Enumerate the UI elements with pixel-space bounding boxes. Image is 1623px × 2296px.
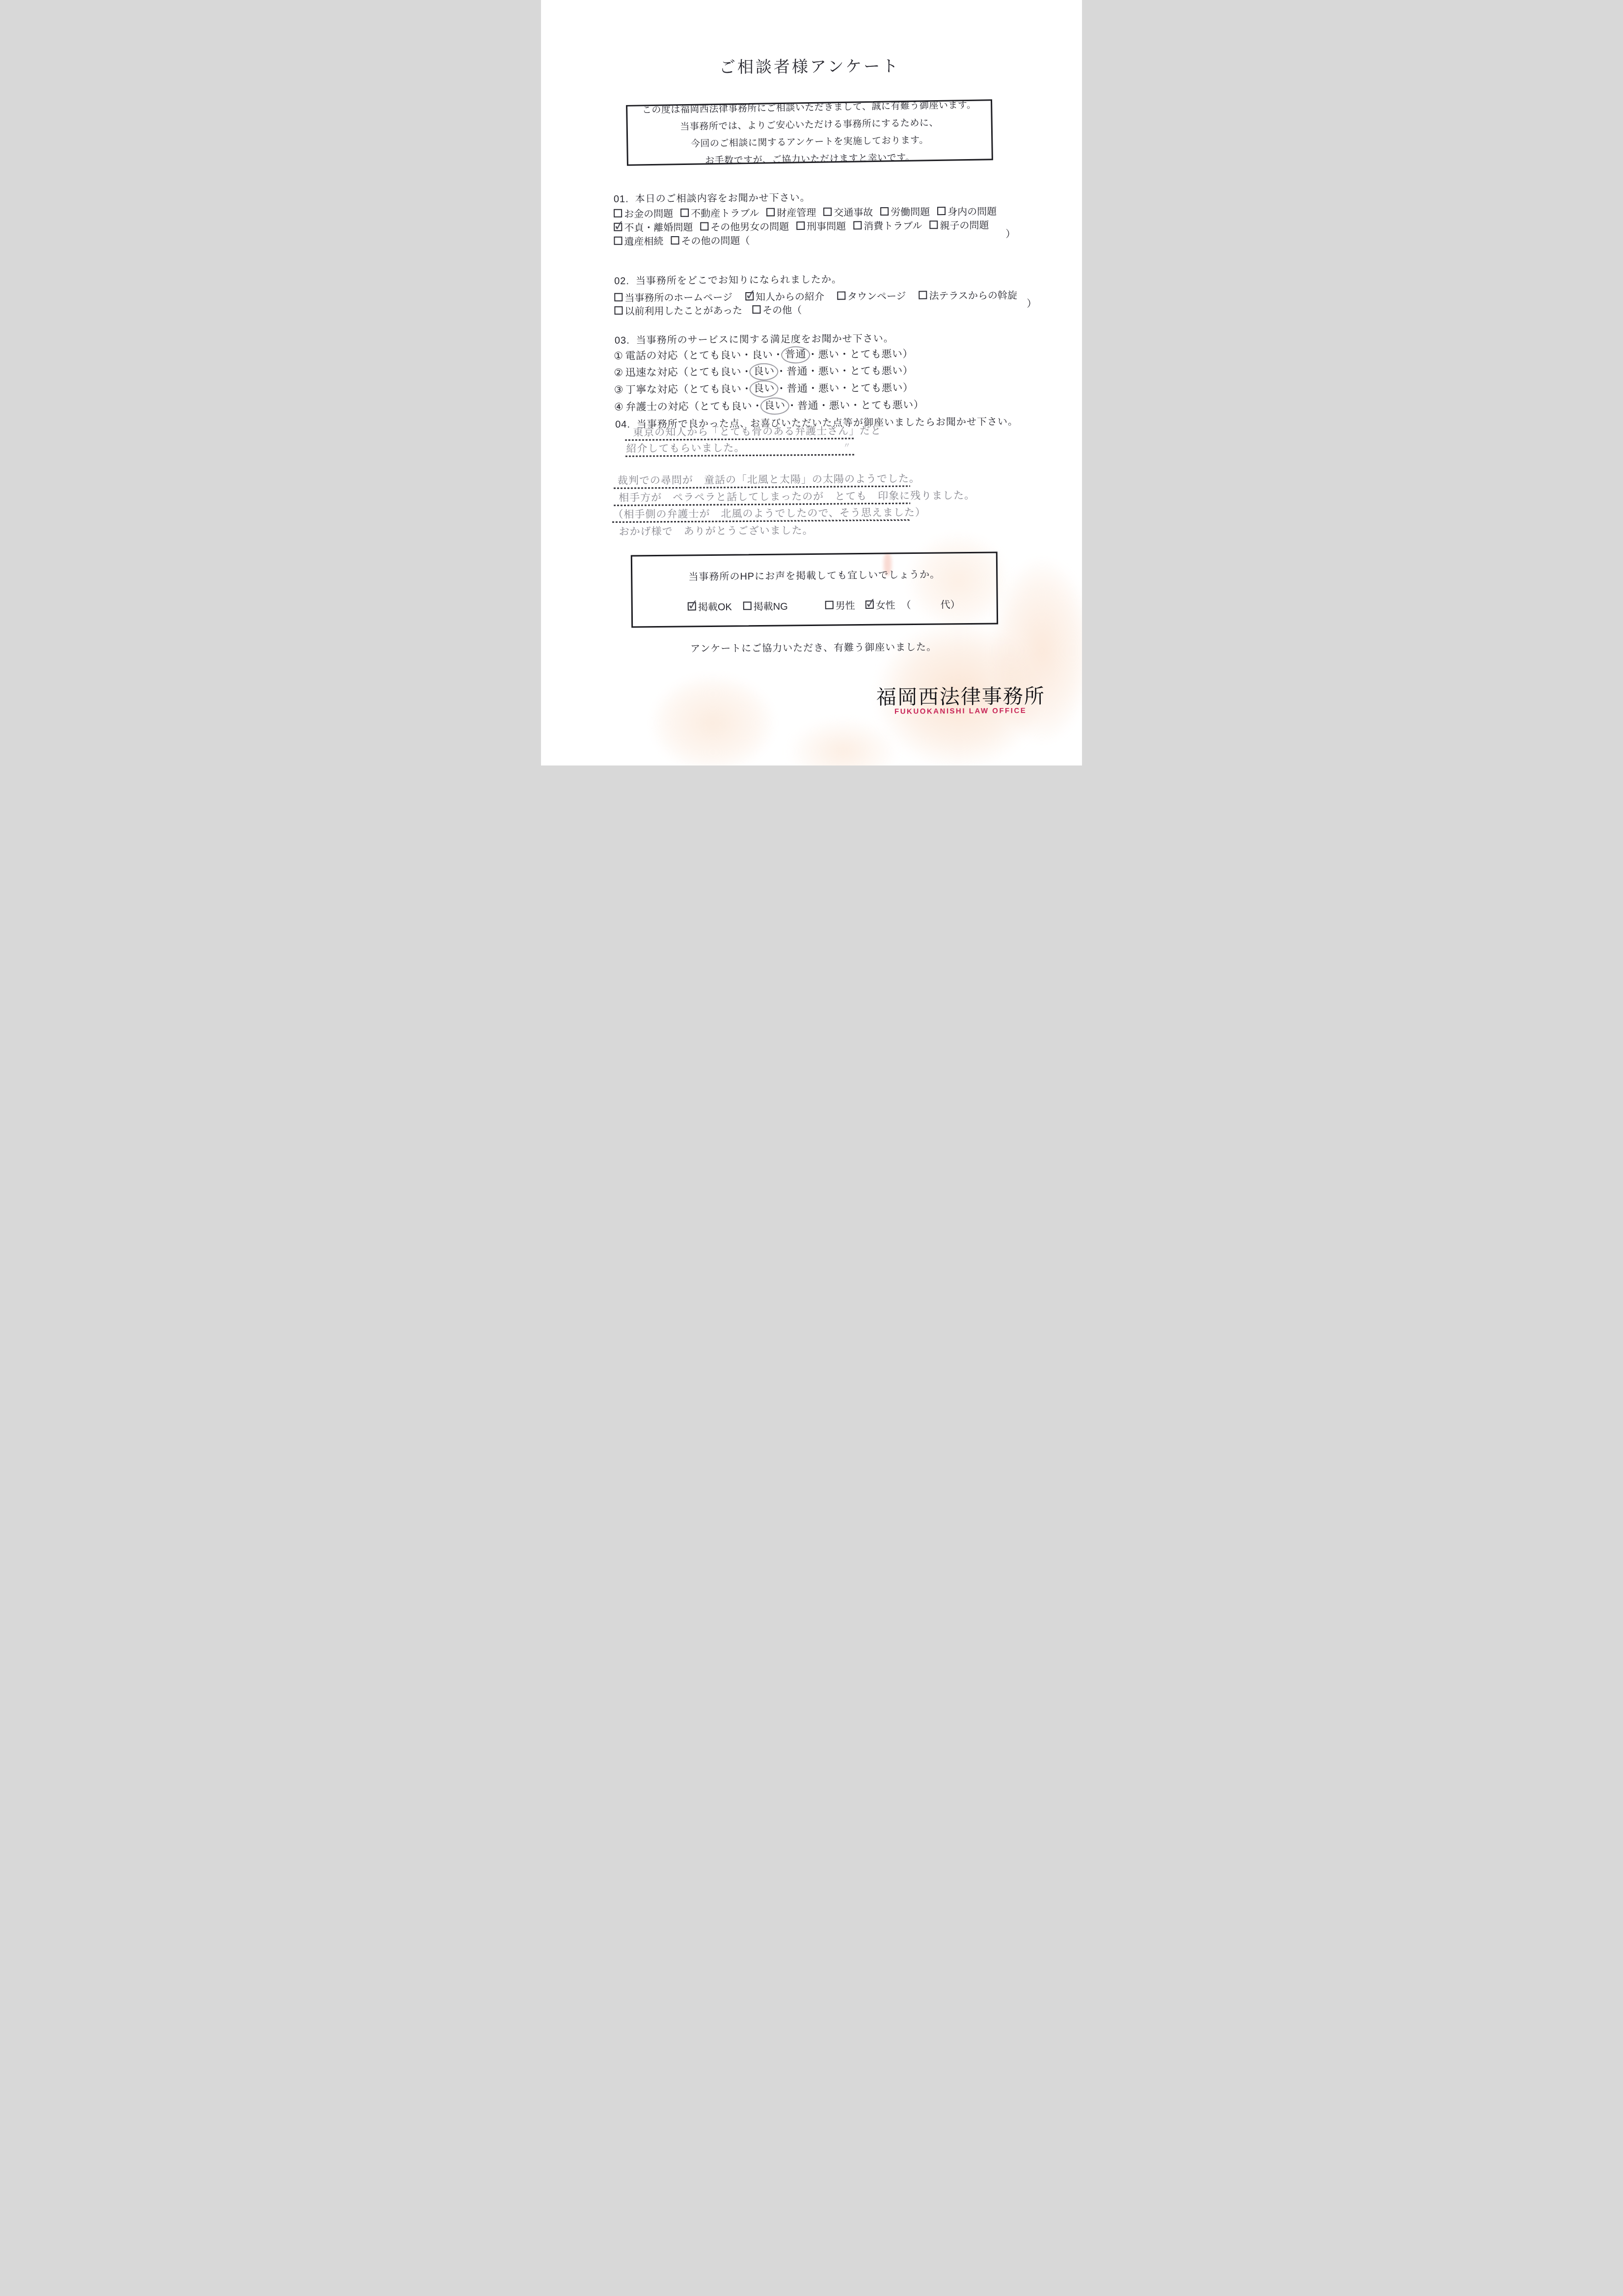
scanned-survey-page: ご相談者様アンケート この度は福岡西法律事務所にご相談いただきまして、誠に有難う… — [541, 0, 1082, 765]
checkbox-icon[interactable] — [614, 209, 622, 217]
checkbox-option[interactable]: 法テラスからの斡旋 — [919, 287, 1017, 302]
rating-row-politeness: ③丁寧な対応（とても良い・良い・普通・悪い・とても悪い） — [614, 380, 914, 396]
question-2-heading: 02.当事務所をどこでお知りになられましたか。 — [614, 272, 842, 287]
rating-row-speed: ②迅速な対応（とても良い・良い・普通・悪い・とても悪い） — [614, 363, 913, 379]
checkbox-label: 遺産相続 — [624, 233, 663, 248]
rating-number: ① — [614, 351, 623, 362]
checkbox-option[interactable]: 交通事故 — [823, 204, 873, 219]
rating-selected-option[interactable]: 良い — [760, 397, 789, 415]
checkbox-label: その他（ — [762, 302, 802, 317]
rating-options-pre: （とても良い・ — [678, 366, 752, 378]
rating-row-lawyer: ④弁護士の対応（とても良い・良い・普通・悪い・とても悪い） — [614, 397, 924, 412]
checkbox-option[interactable]: その他の問題（ — [671, 232, 750, 247]
checkbox-option[interactable]: 女性 — [866, 597, 895, 612]
q2-options-row2: 以前利用したことがあった その他（ ） — [614, 301, 1036, 317]
handwritten-line: 東京の知人から「とても骨のある弁護士さん」だと — [625, 423, 855, 439]
rating-row-phone: ①電話の対応（とても良い・良い・普通・悪い・とても悪い） — [614, 346, 913, 362]
rating-options-pre: （とても良い・ — [678, 383, 752, 395]
question-1-heading: 01.本日のご相談内容をお聞かせ下さい。 — [614, 190, 811, 205]
checkbox-option[interactable]: 掲載NG — [743, 598, 788, 613]
other-answer-paren-close: ） — [1005, 226, 1015, 240]
checkbox-icon[interactable] — [614, 222, 622, 231]
checkbox-option[interactable]: 男性 — [825, 598, 855, 612]
checkbox-label: その他男女の問題 — [710, 219, 789, 233]
intro-box: この度は福岡西法律事務所にご相談いただきまして、誠に有難う御座います。 当事務所… — [626, 99, 993, 166]
question-text: 当事務所をどこでお知りになられましたか。 — [636, 274, 842, 287]
checkbox-icon[interactable] — [880, 207, 889, 215]
stray-pen-mark: 〃 — [843, 440, 850, 450]
rating-selected-option[interactable]: 普通 — [781, 346, 810, 364]
checkbox-option[interactable]: 消費トラブル — [853, 218, 922, 232]
checkbox-icon[interactable] — [866, 601, 874, 609]
checkbox-label: 労働問題 — [891, 204, 930, 219]
checkbox-option[interactable]: 刑事問題 — [796, 218, 846, 233]
checkbox-label: その他の問題（ — [681, 232, 750, 247]
checkbox-label: 掲載OK — [698, 599, 732, 614]
survey-sheet: ご相談者様アンケート この度は福岡西法律事務所にご相談いただきまして、誠に有難う… — [541, 0, 1082, 765]
rating-number: ③ — [614, 384, 623, 396]
checkbox-label: 消費トラブル — [864, 218, 922, 232]
question-3-heading: 03.当事務所のサービスに関する満足度をお聞かせ下さい。 — [615, 330, 894, 347]
handwritten-line: おかげ様で ありがとうございました。 — [619, 522, 813, 539]
page-title: ご相談者様アンケート — [541, 52, 1080, 79]
checkbox-icon[interactable] — [752, 305, 760, 313]
checkbox-option[interactable]: 財産管理 — [766, 204, 816, 219]
rating-options-post: ・普通・悪い・とても悪い） — [776, 365, 914, 378]
rating-options-post: ・普通・悪い・とても悪い） — [787, 399, 924, 411]
checkbox-icon[interactable] — [743, 601, 752, 610]
intro-line: この度は福岡西法律事務所にご相談いただきまして、誠に有難う御座います。 — [627, 97, 991, 116]
checkbox-label: 不貞・離婚問題 — [624, 219, 693, 234]
other-answer-paren-close: ） — [1027, 295, 1036, 309]
checkbox-icon[interactable] — [837, 291, 845, 300]
intro-line: 当事務所では、よりご安心いただける事務所にするために、 — [628, 114, 991, 134]
checkbox-option[interactable]: 不貞・離婚問題 — [614, 219, 693, 234]
checkbox-icon[interactable] — [680, 208, 689, 217]
question-text: 当事務所のサービスに関する満足度をお聞かせ下さい。 — [636, 333, 894, 346]
checkbox-option[interactable]: 身内の問題 — [937, 203, 997, 218]
checkbox-icon[interactable] — [929, 220, 938, 229]
checkbox-icon[interactable] — [614, 236, 622, 245]
checkbox-option[interactable]: タウンページ — [837, 288, 906, 302]
checkbox-option[interactable]: その他（ — [752, 302, 802, 317]
checkbox-label: タウンページ — [847, 288, 906, 302]
intro-line: お手数ですが、ご協力いただけますと幸いです。 — [628, 149, 992, 168]
q1-options-row2: 不貞・離婚問題 その他男女の問題 刑事問題 消費トラブル 親子の問題 — [614, 218, 1016, 233]
checkbox-label: 身内の問題 — [947, 203, 997, 218]
checkbox-label: 不動産トラブル — [691, 205, 759, 219]
checkbox-icon[interactable] — [937, 207, 946, 215]
checkbox-label: 刑事問題 — [807, 218, 846, 233]
age-blank-field: （ 代） — [901, 597, 960, 611]
hp-consent-options: 掲載OK 掲載NG 男性 女性 （ 代） — [688, 597, 960, 613]
checkbox-option[interactable]: 以前利用したことがあった — [614, 302, 742, 317]
checkbox-icon[interactable] — [919, 291, 927, 299]
rating-number: ④ — [614, 402, 623, 413]
checkbox-label: 男性 — [836, 598, 855, 612]
office-name-en: FUKUOKANISHI LAW OFFICE — [894, 707, 1027, 716]
checkbox-icon[interactable] — [823, 207, 832, 216]
checkbox-label: お金の問題 — [624, 205, 673, 220]
question-text: 本日のご相談内容をお聞かせ下さい。 — [635, 192, 811, 204]
handwritten-line: 紹介してもらいました。 — [625, 439, 855, 455]
checkbox-option[interactable]: 遺産相続 — [614, 233, 663, 248]
checkbox-icon[interactable] — [614, 306, 622, 314]
checkbox-label: 掲載NG — [754, 598, 788, 613]
rating-options-post: ・普通・悪い・とても悪い） — [776, 383, 914, 395]
rating-label: 電話の対応 — [625, 350, 678, 362]
checkbox-label: 知人からの紹介 — [756, 288, 824, 303]
question-number: 02. — [614, 276, 629, 287]
rating-selected-option[interactable]: 良い — [750, 380, 779, 398]
checkbox-option[interactable]: 親子の問題 — [929, 217, 989, 232]
rating-label: 弁護士の対応 — [625, 401, 689, 413]
q1-options-row3: 遺産相続 その他の問題（ ） — [614, 231, 1015, 247]
checkbox-label: 女性 — [876, 597, 895, 611]
checkbox-option[interactable]: 当事務所のホームページ — [614, 289, 732, 304]
checkbox-icon[interactable] — [796, 221, 805, 230]
rating-label: 丁寧な対応 — [625, 384, 678, 396]
checkbox-icon[interactable] — [614, 293, 622, 301]
checkbox-icon[interactable] — [700, 222, 708, 230]
handwritten-line: 相手方が ペラペラと話してしまったのが とても 印象に残りました。 — [614, 488, 910, 505]
checkbox-label: 親子の問題 — [940, 217, 989, 232]
thanks-text: アンケートにご協力いただき、有難う御座いました。 — [543, 638, 1082, 656]
checkbox-option[interactable]: 労働問題 — [880, 204, 930, 219]
checkbox-label: 当事務所のホームページ — [624, 289, 732, 304]
checkbox-icon[interactable] — [766, 208, 775, 216]
checkbox-icon[interactable] — [688, 602, 696, 610]
checkbox-icon[interactable] — [671, 236, 679, 244]
checkbox-option[interactable]: その他男女の問題 — [700, 219, 789, 233]
rating-options-post: ・悪い・とても悪い） — [808, 349, 913, 361]
rating-label: 迅速な対応 — [625, 367, 678, 379]
checkbox-icon[interactable] — [853, 221, 862, 229]
intro-line: 今回のご相談に関するアンケートを実施しております。 — [628, 132, 991, 151]
hp-consent-box: 当事務所のHPにお声を掲載しても宜しいでしょうか。 掲載OK 掲載NG 男性 女… — [631, 551, 998, 628]
checkbox-option[interactable]: 不動産トラブル — [680, 205, 759, 219]
rating-number: ② — [614, 367, 623, 379]
rating-selected-option[interactable]: 良い — [750, 363, 779, 381]
checkbox-label: 財産管理 — [777, 204, 816, 219]
rating-options-pre: （とても良い・良い・ — [678, 349, 784, 361]
checkbox-icon[interactable] — [825, 601, 834, 609]
checkbox-icon[interactable] — [745, 292, 754, 300]
checkbox-label: 法テラスからの斡旋 — [929, 287, 1017, 302]
handwritten-line: 裁判での尋問が 童話の「北風と太陽」の太陽のようでした。 — [614, 471, 910, 488]
checkbox-option[interactable]: 知人からの紹介 — [745, 288, 824, 303]
office-name-jp: 福岡西法律事務所 — [876, 680, 1045, 710]
hp-consent-question: 当事務所のHPにお声を掲載しても宜しいでしょうか。 — [632, 566, 996, 583]
handwritten-line: （相手側の弁護士が 北風のようでしたので、そう思えました） — [612, 505, 910, 521]
rating-options-pre: （とても良い・ — [689, 401, 763, 412]
checkbox-label: 交通事故 — [834, 204, 873, 219]
question-number: 01. — [614, 194, 629, 205]
checkbox-label: 以前利用したことがあった — [624, 302, 742, 317]
checkbox-option[interactable]: 掲載OK — [688, 599, 732, 614]
question-number: 03. — [615, 335, 630, 346]
